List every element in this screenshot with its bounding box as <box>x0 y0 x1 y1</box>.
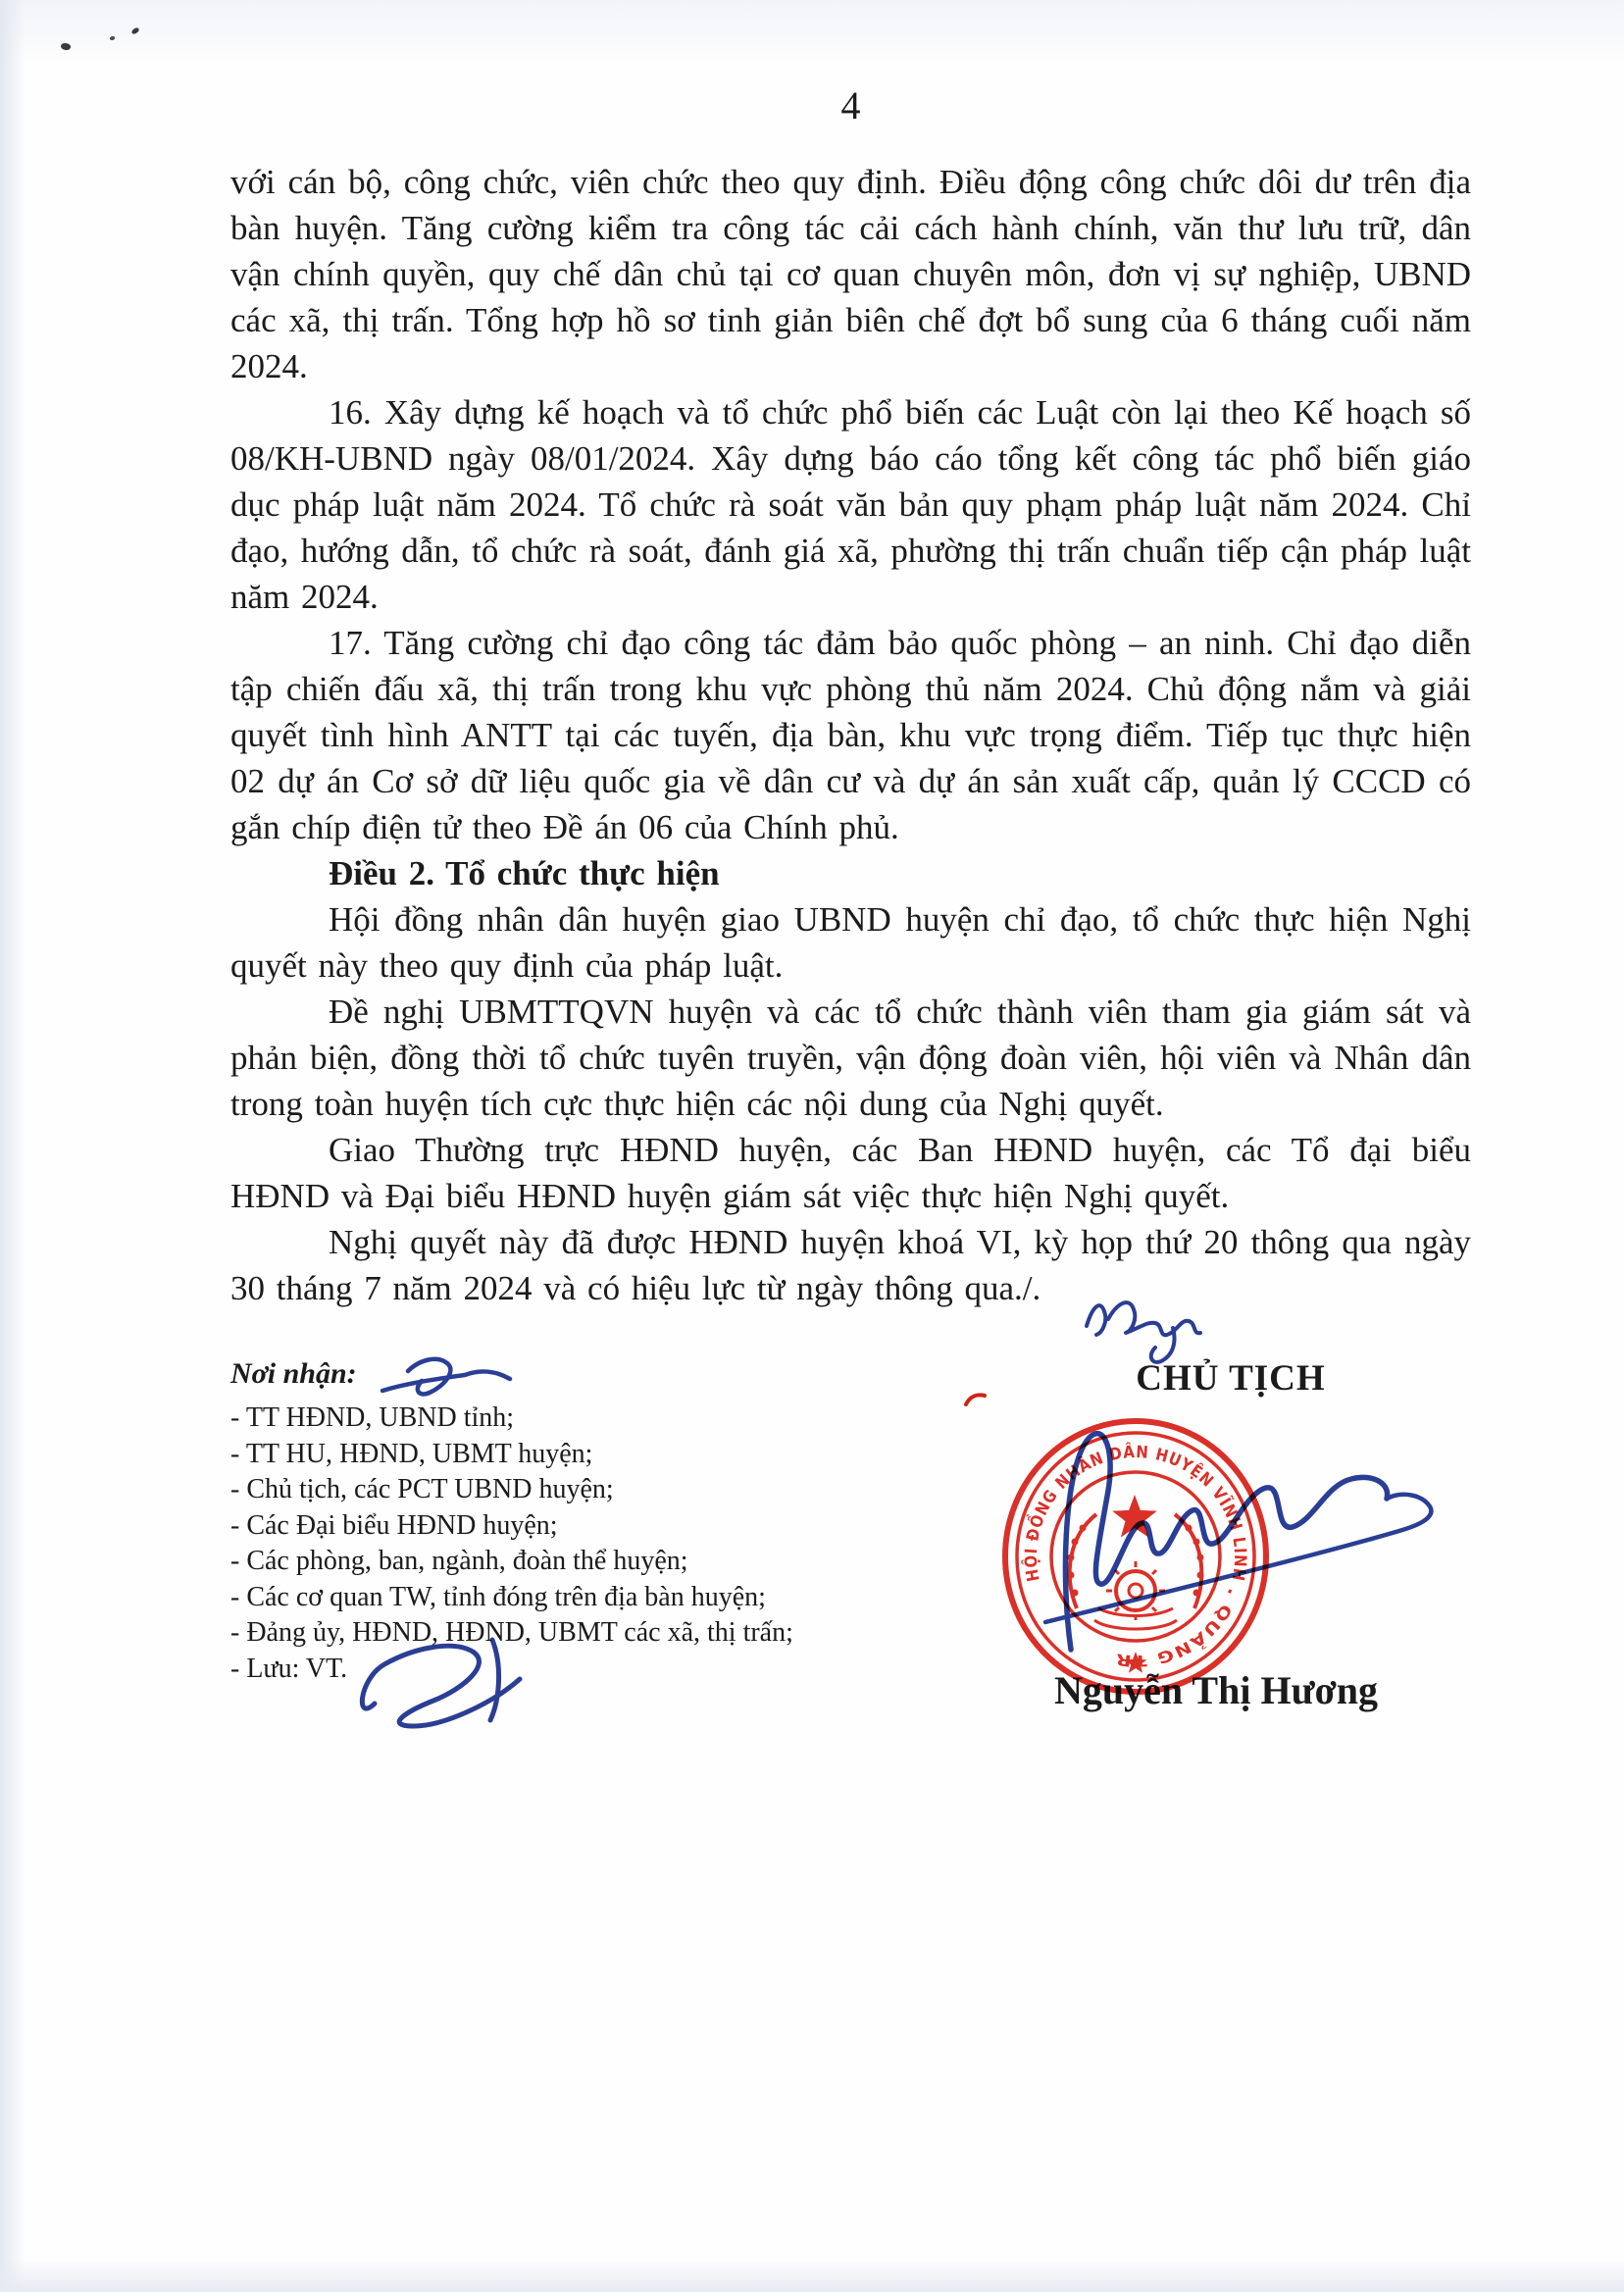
recipient-item: - Đảng ủy, HĐND, HĐND, UBMT các xã, thị … <box>230 1615 858 1652</box>
paragraph: 16. Xây dựng kế hoạch và tổ chức phổ biế… <box>230 389 1471 620</box>
recipient-item: - Chủ tịch, các PCT UBND huyện; <box>230 1472 858 1508</box>
recipient-item: - Các Đại biểu HĐND huyện; <box>230 1508 858 1545</box>
handwriting-mark-approval <box>1079 1287 1206 1365</box>
paragraph: Nghị quyết này đã được HĐND huyện khoá V… <box>230 1219 1471 1311</box>
recipients-list: - TT HĐND, UBND tỉnh;- TT HU, HĐND, UBMT… <box>230 1401 858 1687</box>
scan-shade-top <box>0 0 1624 69</box>
paragraph: với cán bộ, công chức, viên chức theo qu… <box>230 159 1471 389</box>
recipient-item: - Các cơ quan TW, tỉnh đóng trên địa bàn… <box>230 1580 858 1616</box>
section-heading: Điều 2. Tổ chức thực hiện <box>230 850 1471 896</box>
recipients-block: Nơi nhận: - TT HĐND, UBND tỉnh;- TT HU, … <box>230 1357 858 1687</box>
scan-shade-bottom <box>0 2259 1624 2292</box>
page-number: 4 <box>230 82 1471 128</box>
seal-stray-mark <box>964 1393 988 1408</box>
recipient-item: - Lưu: VT. <box>230 1652 858 1688</box>
recipient-item: - TT HU, HĐND, UBMT huyện; <box>230 1437 858 1473</box>
body-text: với cán bộ, công chức, viên chức theo qu… <box>230 159 1471 1311</box>
paragraph: Hội đồng nhân dân huyện giao UBND huyện … <box>230 896 1471 989</box>
handwriting-mark-recipients <box>379 1350 526 1408</box>
recipient-item: - Các phòng, ban, ngành, đoàn thể huyện; <box>230 1544 858 1580</box>
scan-shade-left <box>0 0 25 2292</box>
handwriting-mark-archive <box>345 1610 532 1738</box>
ink-speck <box>110 36 115 40</box>
recipients-label: Nơi nhận: <box>230 1357 357 1390</box>
ink-speck <box>60 42 72 52</box>
recipient-item: - TT HĐND, UBND tỉnh; <box>230 1401 858 1437</box>
paragraph: Giao Thường trực HĐND huyện, các Ban HĐN… <box>230 1127 1471 1219</box>
paragraph: Đề nghị UBMTTQVN huyện và các tổ chức th… <box>230 989 1471 1127</box>
ink-speck <box>130 26 139 34</box>
document-page: 4 với cán bộ, công chức, viên chức theo … <box>0 0 1624 2292</box>
paragraph: 17. Tăng cường chỉ đạo công tác đảm bảo … <box>230 620 1471 850</box>
signature-ink <box>1010 1404 1471 1679</box>
